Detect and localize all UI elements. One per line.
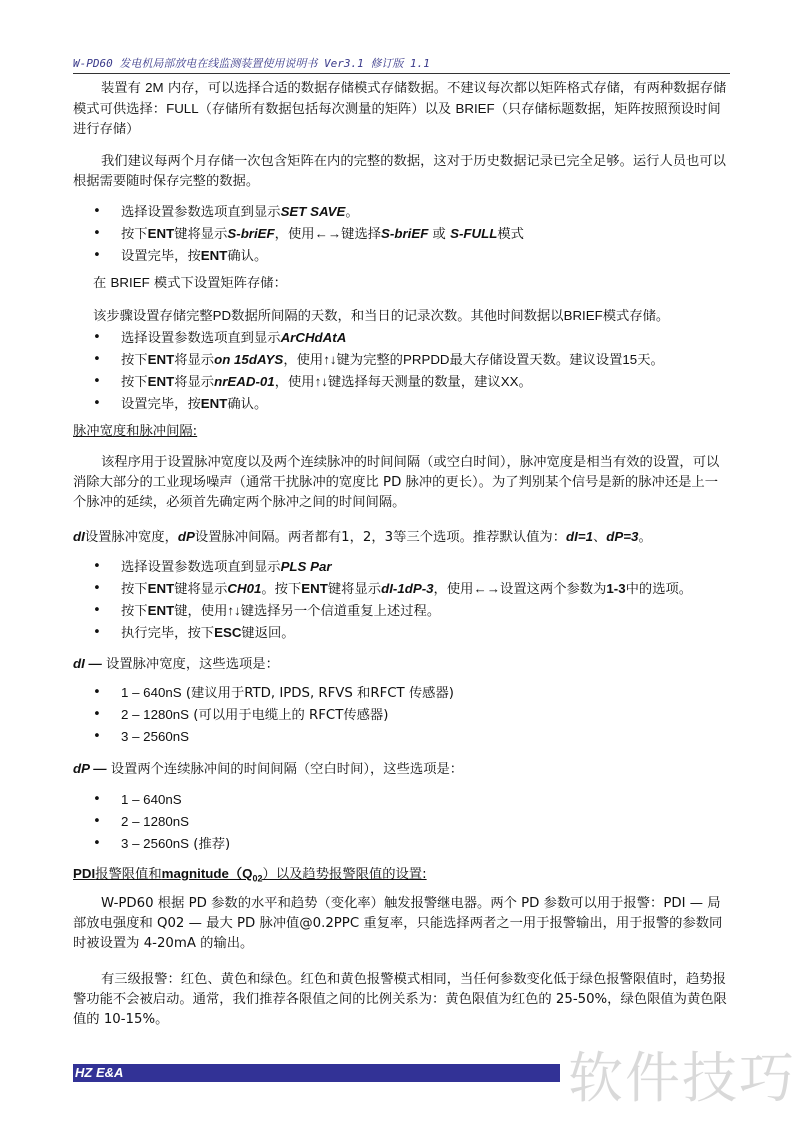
display-code: S-FULL: [450, 226, 497, 241]
text: 选择设置参数选项直到显示: [121, 205, 281, 220]
display-code: CH01: [227, 581, 261, 596]
text: 按下: [121, 375, 148, 390]
up-down-arrow-icon: ↑↓: [227, 603, 240, 618]
option-note: (可以用于电缆上的 RFCT传感器): [189, 708, 388, 723]
text: 设置完毕，按: [121, 249, 201, 264]
option-value: 3 – 2560nS: [121, 729, 189, 744]
display-code: nrEAD-01: [214, 374, 275, 389]
param-dp: dP: [178, 529, 195, 544]
text: XX: [501, 374, 519, 389]
text: 设置脉冲间隔。两者都有1，2，3等三个选项。推荐默认值为：: [195, 530, 566, 545]
text: （存储所有数据包括每次测量的矩阵）以及: [199, 102, 456, 117]
mode-full: FULL: [166, 101, 199, 116]
page-header: W-PD60 发电机局部放电在线监测装置使用说明书 Ver3.1 修订版 1.1: [73, 57, 730, 74]
display-code: S-briEF: [227, 226, 274, 241]
text: magnitude（Q: [162, 866, 253, 881]
display-code: ArCHdAtA: [281, 330, 347, 345]
intro-paragraph: 装置有 2M 内存，可以选择合适的数据存储模式存储数据。不建议每次都以矩阵格式存…: [73, 78, 730, 140]
esc-key: ESC: [214, 625, 241, 640]
footer-label: HZ E&A: [75, 1065, 123, 1080]
pulse-paragraph: 该程序用于设置脉冲宽度以及两个连续脉冲的时间间隔（或空白时间），脉冲宽度是相当有…: [73, 453, 730, 513]
text: 按下: [121, 227, 148, 242]
text: 键选择每天测量的数量，建议: [328, 375, 501, 390]
text: 选择设置参数选项直到显示: [121, 331, 281, 346]
text: 键将显示: [328, 582, 381, 597]
display-code: SET SAVE: [281, 204, 346, 219]
text: 键选择另一个信道重复上述过程。: [241, 604, 440, 619]
text: 模式: [497, 227, 524, 242]
list-item: 执行完毕，按下ESC键返回。: [73, 622, 730, 644]
ent-key: ENT: [201, 396, 228, 411]
text: 设置脉冲宽度，这些选项是：: [102, 657, 279, 672]
text: ）以及趋势报警限值的设置:: [263, 867, 427, 882]
text: 报警限值和: [95, 867, 161, 882]
ent-key: ENT: [148, 374, 175, 389]
display-code: PLS Par: [281, 559, 332, 574]
text: 最大存储设置天数。建议设置: [450, 353, 623, 368]
text: 键返回。: [241, 626, 294, 641]
text: 装置有: [101, 81, 145, 96]
text: 数据所间隔的天数，和当日的记录次数。其他时间数据以: [231, 309, 563, 324]
text: 模式下设置矩阵存储：: [150, 276, 287, 291]
text: 在: [93, 276, 111, 291]
mode-brief: BRIEF: [111, 275, 150, 290]
text: 按下: [121, 604, 148, 619]
di-options-list: 1 – 640nS (建议用于RTD, IPDS, RFVS 和RFCT 传感器…: [73, 682, 730, 748]
alarm-paragraph-1: W-PD60 根据 PD 参数的水平和趋势（变化率）触发报警继电器。两个 PD …: [73, 894, 730, 954]
text: ，使用: [283, 353, 323, 368]
option-value: 2 – 1280nS: [121, 814, 189, 829]
text: PD: [213, 308, 231, 323]
list-item: 按下ENT将显示on 15dAYS，使用↑↓键为完整的PRPDD最大存储设置天数…: [73, 349, 730, 371]
display-code: S-briEF: [381, 226, 428, 241]
default-di: dI=1: [566, 529, 593, 544]
text: 1-3: [606, 581, 625, 596]
text: 键将显示: [174, 582, 227, 597]
text: 将显示: [174, 375, 214, 390]
option-value: 1 – 640nS: [121, 685, 182, 700]
text: 设置这两个参数为: [500, 582, 606, 597]
brief-title: 在 BRIEF 模式下设置矩阵存储：: [73, 273, 730, 294]
list-item: 选择设置参数选项直到显示PLS Par: [73, 556, 730, 578]
text: 确认。: [227, 249, 267, 264]
recommend-paragraph: 我们建议每两个月存储一次包含矩阵在内的完整的数据，这对于历史数据记录已完全足够。…: [73, 152, 730, 192]
text: 天。: [637, 353, 664, 368]
text: 设置脉冲宽度，: [85, 530, 178, 545]
text: 键选择: [341, 227, 381, 242]
up-down-arrow-icon: ↑↓: [323, 352, 336, 367]
pulse-heading: 脉冲宽度和脉冲间隔:: [73, 422, 730, 442]
option-note: (推荐): [189, 837, 230, 852]
text: 。: [638, 530, 651, 545]
text: 按下: [121, 353, 148, 368]
text: 或: [428, 227, 450, 242]
text: 键为完整的: [337, 353, 403, 368]
text: 。按下: [261, 582, 301, 597]
alarm-heading: PDI报警限值和magnitude（Q02）以及趋势报警限值的设置:: [73, 864, 730, 889]
text: 15: [622, 352, 637, 367]
text: BRIEF: [564, 308, 603, 323]
dp-title: dP — 设置两个连续脉冲间的时间间隔（空白时间），这些选项是：: [73, 759, 730, 780]
list-item: 设置完毕，按ENT确认。: [73, 393, 730, 415]
param-dp: dP —: [73, 761, 107, 776]
display-code: on 15dAYS: [214, 352, 283, 367]
memory-size: 2M: [145, 80, 163, 95]
left-right-arrow-icon: ←→: [315, 226, 342, 241]
subscript: 02: [253, 874, 263, 884]
text: 按下: [121, 582, 148, 597]
text: 该步骤设置存储完整: [93, 309, 213, 324]
watermark: 软件技巧: [568, 1034, 796, 1113]
option-note: (建议用于RTD, IPDS, RFVS 和RFCT 传感器): [182, 686, 454, 701]
ent-key: ENT: [201, 248, 228, 263]
text: 中的选项。: [626, 582, 692, 597]
text: 设置完毕，按: [121, 397, 201, 412]
list-item: 2 – 1280nS (可以用于电缆上的 RFCT传感器): [73, 704, 730, 726]
text: 模式存储。: [603, 309, 669, 324]
text: ，使用: [275, 375, 315, 390]
left-right-arrow-icon: ←→: [473, 581, 500, 596]
default-dp: dP=3: [606, 529, 638, 544]
list-item: 选择设置参数选项直到显示ArCHdAtA: [73, 327, 730, 349]
section-heading: 脉冲宽度和脉冲间隔:: [73, 424, 197, 439]
list-item: 3 – 2560nS (推荐): [73, 833, 730, 855]
list-item: 选择设置参数选项直到显示SET SAVE。: [73, 201, 730, 223]
text: 将显示: [174, 353, 214, 368]
brief-description: 该步骤设置存储完整PD数据所间隔的天数，和当日的记录次数。其他时间数据以BRIE…: [73, 306, 730, 327]
text: 、: [593, 530, 606, 545]
option-value: 1 – 640nS: [121, 792, 182, 807]
document-title: W-PD60 发电机局部放电在线监测装置使用说明书 Ver3.1 修订版 1.1: [73, 57, 430, 70]
ent-key: ENT: [148, 603, 175, 618]
footer-bar: HZ E&A: [73, 1064, 560, 1082]
text: 确认。: [227, 397, 267, 412]
text: 选择设置参数选项直到显示: [121, 560, 281, 575]
save-steps-list: 选择设置参数选项直到显示SET SAVE。 按下ENT键将显示S-briEF，使…: [73, 201, 730, 267]
list-item: 按下ENT键将显示S-briEF，使用←→键选择S-briEF 或 S-FULL…: [73, 223, 730, 245]
ent-key: ENT: [148, 352, 175, 367]
list-item: 按下ENT键，使用↑↓键选择另一个信道重复上述过程。: [73, 600, 730, 622]
param-di: dI: [73, 529, 85, 544]
brief-steps-list: 选择设置参数选项直到显示ArCHdAtA 按下ENT将显示on 15dAYS，使…: [73, 327, 730, 415]
alarm-paragraph-2: 有三级报警：红色、黄色和绿色。红色和黄色报警模式相同，当任何参数变化低于绿色报警…: [73, 970, 730, 1030]
list-item: 3 – 2560nS: [73, 726, 730, 748]
text: PRPDD: [403, 352, 450, 367]
di-title: dI — 设置脉冲宽度，这些选项是：: [73, 654, 730, 675]
text: 。: [518, 375, 531, 390]
list-item: 1 – 640nS (建议用于RTD, IPDS, RFVS 和RFCT 传感器…: [73, 682, 730, 704]
pulse-defaults: dI设置脉冲宽度，dP设置脉冲间隔。两者都有1，2，3等三个选项。推荐默认值为：…: [73, 527, 730, 548]
text: PDI: [73, 866, 95, 881]
ent-key: ENT: [301, 581, 328, 596]
mode-brief: BRIEF: [455, 101, 494, 116]
pulse-steps-list: 选择设置参数选项直到显示PLS Par 按下ENT键将显示CH01。按下ENT键…: [73, 556, 730, 644]
list-item: 设置完毕，按ENT确认。: [73, 245, 730, 267]
display-code: dI-1dP-3: [381, 581, 433, 596]
dp-options-list: 1 – 640nS 2 – 1280nS 3 – 2560nS (推荐): [73, 789, 730, 855]
text: 键，使用: [174, 604, 227, 619]
text: 执行完毕，按下: [121, 626, 214, 641]
text: ，使用: [275, 227, 315, 242]
option-value: 3 – 2560nS: [121, 836, 189, 851]
param-di: dI —: [73, 656, 102, 671]
list-item: 按下ENT键将显示CH01。按下ENT键将显示dI-1dP-3，使用←→设置这两…: [73, 578, 730, 600]
text: 设置两个连续脉冲间的时间间隔（空白时间），这些选项是：: [107, 762, 464, 777]
section-heading: PDI报警限值和magnitude（Q02）以及趋势报警限值的设置:: [73, 867, 427, 882]
list-item: 1 – 640nS: [73, 789, 730, 811]
option-value: 2 – 1280nS: [121, 707, 189, 722]
text: ，使用: [434, 582, 474, 597]
text: 键将显示: [174, 227, 227, 242]
list-item: 2 – 1280nS: [73, 811, 730, 833]
ent-key: ENT: [148, 226, 175, 241]
list-item: 按下ENT将显示nrEAD-01，使用↑↓键选择每天测量的数量，建议XX。: [73, 371, 730, 393]
ent-key: ENT: [148, 581, 175, 596]
text: 。: [345, 205, 358, 220]
up-down-arrow-icon: ↑↓: [315, 374, 328, 389]
